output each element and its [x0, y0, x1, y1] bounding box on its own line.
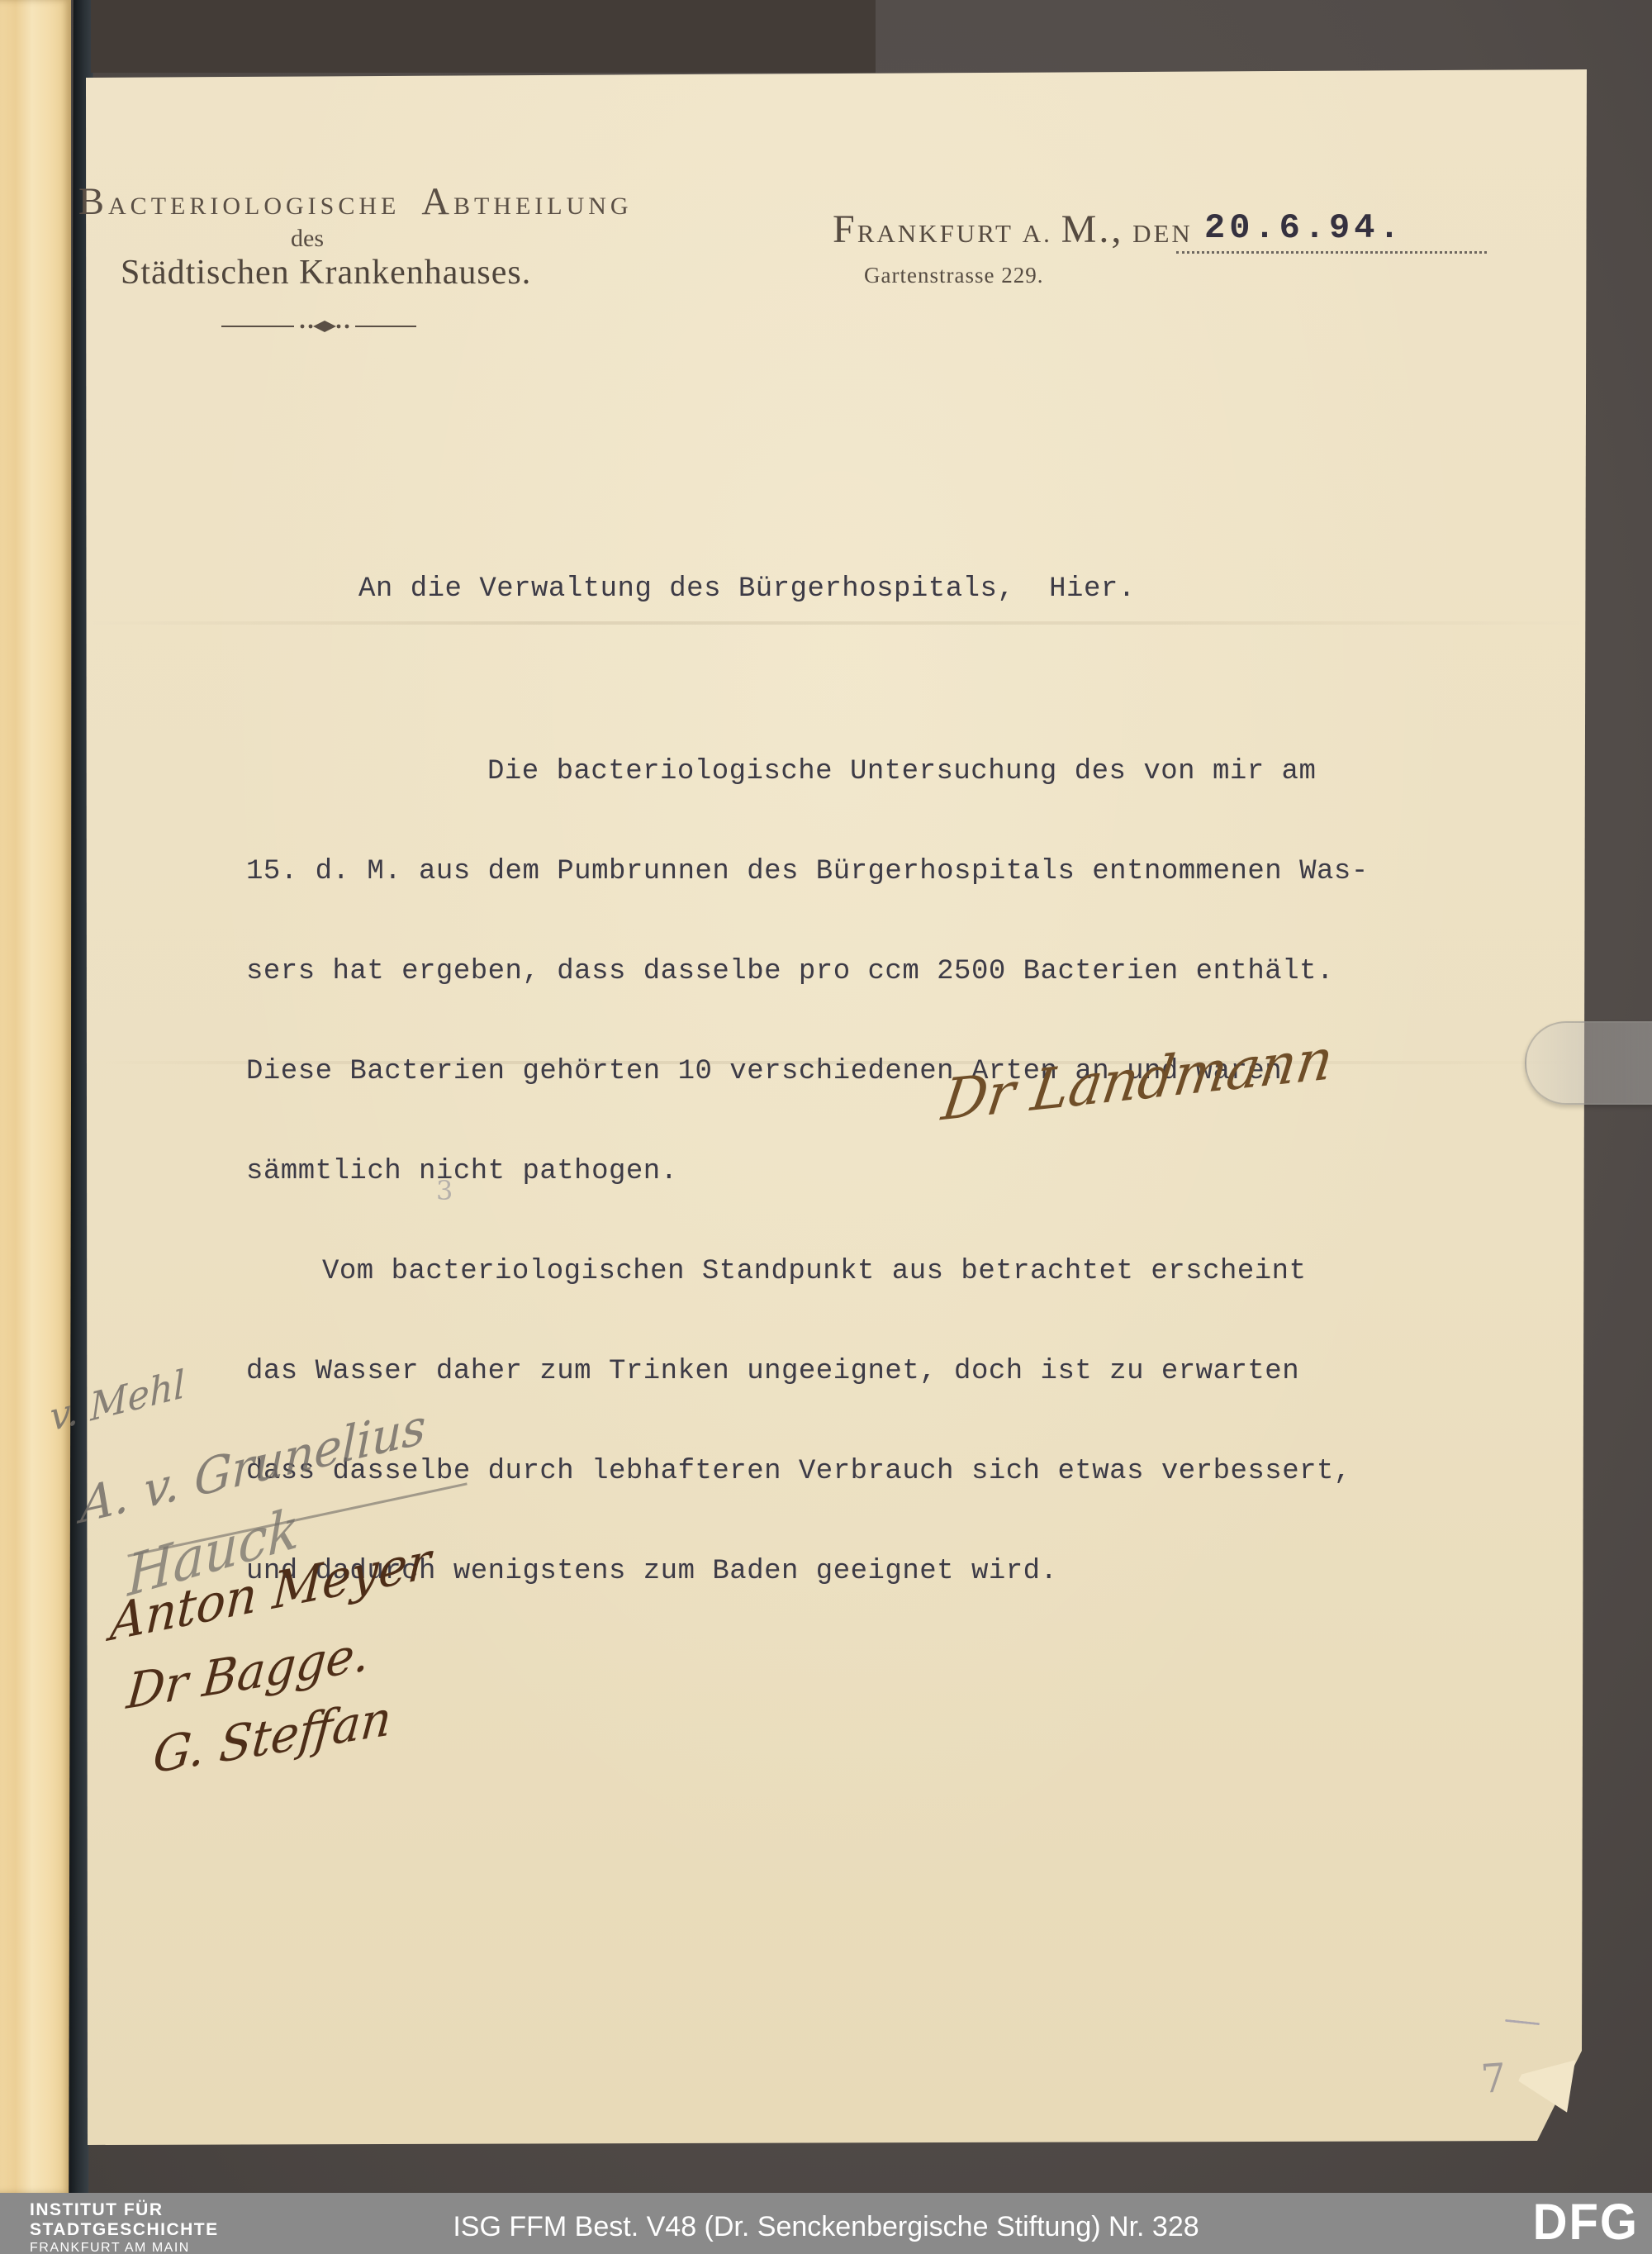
dateline-city: Frankfurt: [833, 207, 1014, 252]
archive-caption: ISG FFM Best. V48 (Dr. Senckenbergische …: [0, 2211, 1652, 2243]
dfg-logo: DFG: [1533, 2193, 1639, 2251]
letter-body: Die bacteriologische Untersuchung des vo…: [246, 691, 1369, 1653]
letterhead-word-2: Abtheilung: [421, 180, 632, 224]
letterhead-des: des: [291, 225, 324, 253]
folder-edge: [0, 0, 71, 2193]
dateline: Frankfurt a. M., den: [833, 207, 1193, 252]
pencil-mark-3: 3: [436, 1175, 453, 1206]
letterhead-word-1: Bacteriologische: [78, 180, 400, 224]
ornament-divider-icon: [221, 319, 416, 338]
typewritten-line: Vom bacteriologischen Standpunkt aus bet…: [246, 1253, 1369, 1291]
dateline-m: M.,: [1061, 207, 1124, 252]
salutation-line: An die Verwaltung des Bürgerhospitals, H…: [358, 573, 1136, 605]
typewritten-line: sämmtlich nicht pathogen.: [246, 1153, 1369, 1191]
date-value: 20.6.94.: [1204, 208, 1404, 248]
typewritten-line: 15. d. M. aus dem Pumbrunnen des Bürgerh…: [246, 854, 1369, 891]
letterhead-department: BacteriologischeAbtheilung: [78, 180, 633, 224]
archive-scan-page: BacteriologischeAbtheilung des Städtisch…: [0, 0, 1652, 2254]
typewritten-line: sers hat ergeben, dass dasselbe pro ccm …: [246, 953, 1369, 991]
typewritten-line: das Wasser daher zum Trinken ungeeignet,…: [246, 1353, 1369, 1391]
paper-crease: [86, 621, 1589, 625]
dateline-a: a.: [1023, 219, 1052, 248]
background-shadow: [91, 0, 876, 73]
plastic-tab: [1525, 1021, 1652, 1105]
typewritten-line: Die bacteriologische Untersuchung des vo…: [246, 754, 1369, 791]
institute-line-3: FRANKFURT AM MAIN: [30, 2242, 219, 2254]
letterhead-hospital: Städtischen Krankenhauses.: [121, 253, 531, 292]
page-number-7: 7: [1479, 2055, 1507, 2103]
typewritten-line: dass dasselbe durch lebhafteren Verbrauc…: [246, 1453, 1369, 1491]
street-address: Gartenstrasse 229.: [864, 263, 1043, 288]
footer-bar: INSTITUT FÜR STADTGESCHICHTE FRANKFURT A…: [0, 2193, 1652, 2254]
